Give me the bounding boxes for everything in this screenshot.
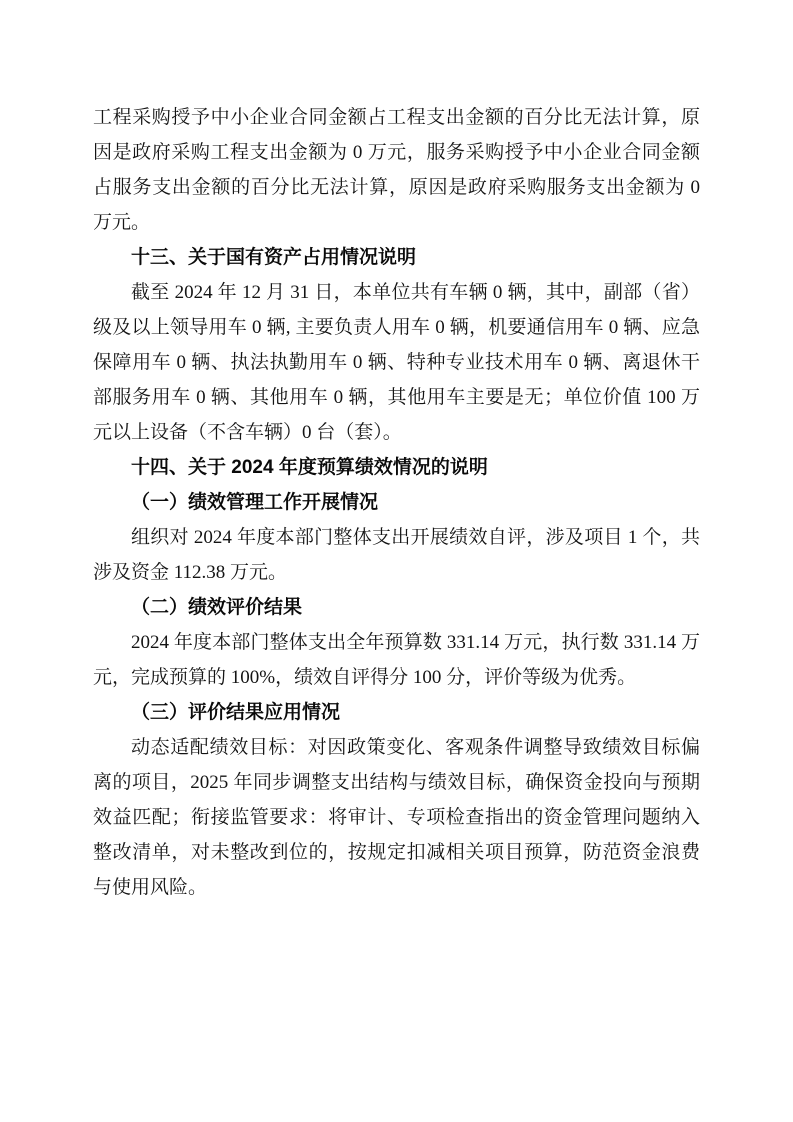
paragraph-state-assets-occupancy: 截至 2024 年 12 月 31 日，本单位共有车辆 0 辆，其中，副部（省）… xyxy=(93,275,700,450)
document-page: 工程采购授予中小企业合同金额占工程支出金额的百分比无法计算，原因是政府采购工程支… xyxy=(0,0,793,1122)
subheading-performance-management-work: （一）绩效管理工作开展情况 xyxy=(93,485,700,520)
subheading-evaluation-results-application: （三）评价结果应用情况 xyxy=(93,695,700,730)
paragraph-results-application-measures: 动态适配绩效目标：对因政策变化、客观条件调整导致绩效目标偏离的项目，2025 年… xyxy=(93,730,700,905)
heading-section-13-state-assets: 十三、关于国有资产占用情况说明 xyxy=(93,240,700,275)
paragraph-procurement-explanation: 工程采购授予中小企业合同金额占工程支出金额的百分比无法计算，原因是政府采购工程支… xyxy=(93,100,700,240)
subheading-performance-evaluation-results: （二）绩效评价结果 xyxy=(93,590,700,625)
paragraph-performance-self-evaluation: 组织对 2024 年度本部门整体支出开展绩效自评，涉及项目 1 个，共涉及资金 … xyxy=(93,520,700,590)
document-content: 工程采购授予中小企业合同金额占工程支出金额的百分比无法计算，原因是政府采购工程支… xyxy=(93,100,700,905)
heading-section-14-budget-performance: 十四、关于 2024 年度预算绩效情况的说明 xyxy=(93,450,700,485)
paragraph-budget-execution-results: 2024 年度本部门整体支出全年预算数 331.14 万元，执行数 331.14… xyxy=(93,625,700,695)
